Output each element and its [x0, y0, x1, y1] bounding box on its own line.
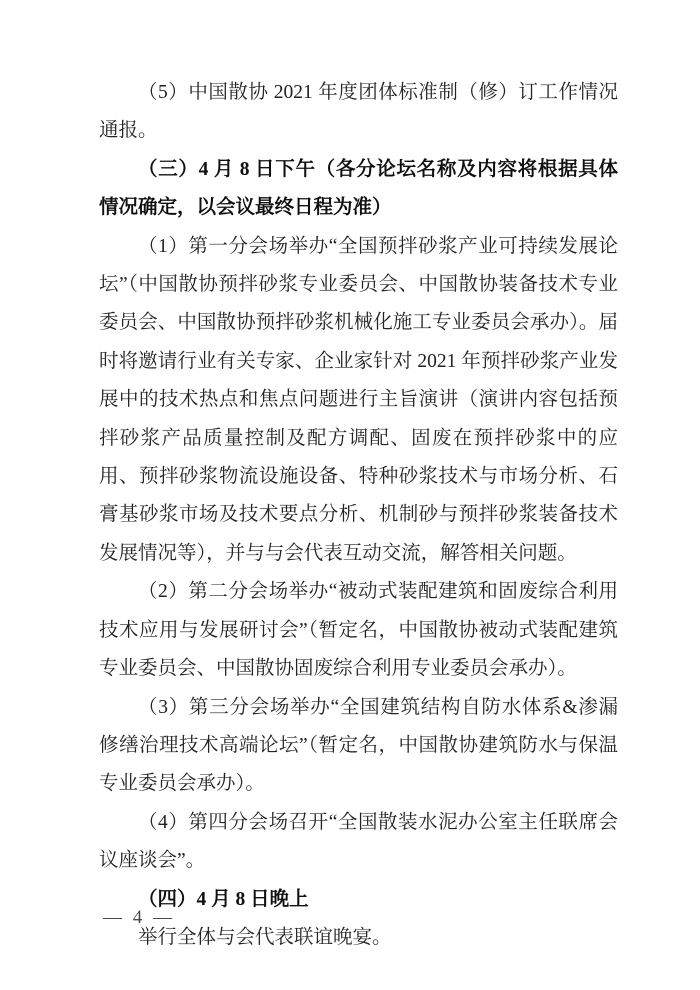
list-item-4-fourth-forum: （4）第四分会场召开“全国散装水泥办公室主任联席会议座谈会”。	[99, 804, 618, 881]
list-item-2-second-forum: （2）第二分会场举办“被动式装配建筑和固废综合利用技术应用与发展研讨会”（暂定名…	[99, 573, 618, 688]
list-item-5-standards-report: （5）中国散协 2021 年度团体标准制（修）订工作情况通报。	[99, 74, 618, 151]
document-page: （5）中国散协 2021 年度团体标准制（修）订工作情况通报。 （三）4 月 8…	[0, 0, 700, 990]
paragraph-banquet: 举行全体与会代表联谊晚宴。	[99, 919, 618, 957]
section-heading-april-8-evening: （四）4 月 8 日晚上	[99, 881, 618, 919]
page-number: — 4 —	[103, 903, 175, 933]
list-item-1-first-forum: （1）第一分会场举办“全国预拌砂浆产业可持续发展论坛”（中国散协预拌砂浆专业委员…	[99, 228, 618, 574]
list-item-3-third-forum: （3）第三分会场举办“全国建筑结构自防水体系&渗漏修缮治理技术高端论坛”（暂定名…	[99, 689, 618, 804]
document-body: （5）中国散协 2021 年度团体标准制（修）订工作情况通报。 （三）4 月 8…	[99, 74, 618, 957]
section-heading-april-8-afternoon: （三）4 月 8 日下午（各分论坛名称及内容将根据具体情况确定，以会议最终日程为…	[99, 151, 618, 228]
